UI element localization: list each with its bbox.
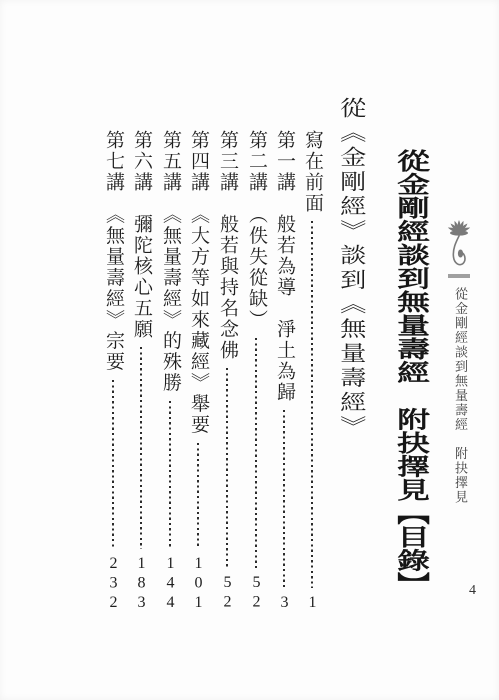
toc-entry-page: 3 — [272, 594, 296, 614]
toc-entry-text: 第二講 （佚失從缺） — [244, 130, 268, 331]
toc-entry-page: 1 — [300, 594, 324, 614]
dotted-leader — [255, 338, 257, 569]
toc-entry-preface: 寫在前面 1 — [300, 130, 324, 613]
toc-entry-page: 183 — [129, 555, 153, 614]
toc-entry-text: 第四講 《大方等如來藏經》舉要 — [186, 130, 210, 436]
toc-entry-page: 232 — [101, 555, 125, 614]
sidebar-divider — [448, 274, 470, 278]
book-toc-page: 從金剛經談到無量壽經 附抉擇見 4 從金剛經談到無量壽經 附抉擇見【目錄】 從《… — [0, 0, 499, 700]
toc-entry-lecture-3: 第三講 般若與持名念佛 52 — [215, 130, 239, 613]
dotted-leader — [283, 410, 285, 588]
toc-entry-lecture-1: 第一講 般若為導 淨土為歸 3 — [272, 130, 296, 613]
toc-entry-lecture-5: 第五講 《無量壽經》的殊勝 144 — [158, 130, 182, 613]
lotus-icon — [444, 219, 474, 271]
toc-entry-page: 144 — [158, 555, 182, 614]
dotted-leader — [197, 443, 199, 549]
toc-entry-page: 52 — [244, 574, 268, 613]
toc-entry-lecture-4: 第四講 《大方等如來藏經》舉要 101 — [186, 130, 210, 613]
folio-page-number: 4 — [469, 583, 476, 599]
toc-entry-lecture-6: 第六講 彌陀核心五願 183 — [129, 130, 153, 613]
page-subtitle: 從《金剛經》談到《無量壽經》 — [336, 97, 369, 440]
dotted-leader — [169, 401, 171, 549]
toc-entry-text: 第三講 般若與持名念佛 — [215, 130, 239, 361]
toc-entry-lecture-7: 第七講 《無量壽經》宗要 232 — [101, 130, 125, 613]
toc-entry-text: 寫在前面 — [300, 130, 324, 214]
toc-entry-text: 第五講 《無量壽經》的殊勝 — [158, 130, 182, 394]
page-title: 從金剛經談到無量壽經 附抉擇見【目錄】 — [393, 149, 427, 596]
dotted-leader — [226, 368, 228, 568]
dotted-leader — [311, 221, 313, 588]
toc-entry-page: 52 — [215, 574, 239, 613]
toc-entry-text: 第一講 般若為導 淨土為歸 — [272, 130, 296, 403]
sidebar-running-title: 從金剛經談到無量壽經 附抉擇見 — [453, 287, 468, 505]
toc-entry-lecture-2: 第二講 （佚失從缺） 52 — [244, 130, 268, 613]
toc-entry-page: 101 — [186, 555, 210, 614]
dotted-leader — [112, 380, 114, 549]
toc-entry-text: 第七講 《無量壽經》宗要 — [101, 130, 125, 373]
dotted-leader — [140, 347, 142, 549]
toc-entry-text: 第六講 彌陀核心五願 — [129, 130, 153, 340]
